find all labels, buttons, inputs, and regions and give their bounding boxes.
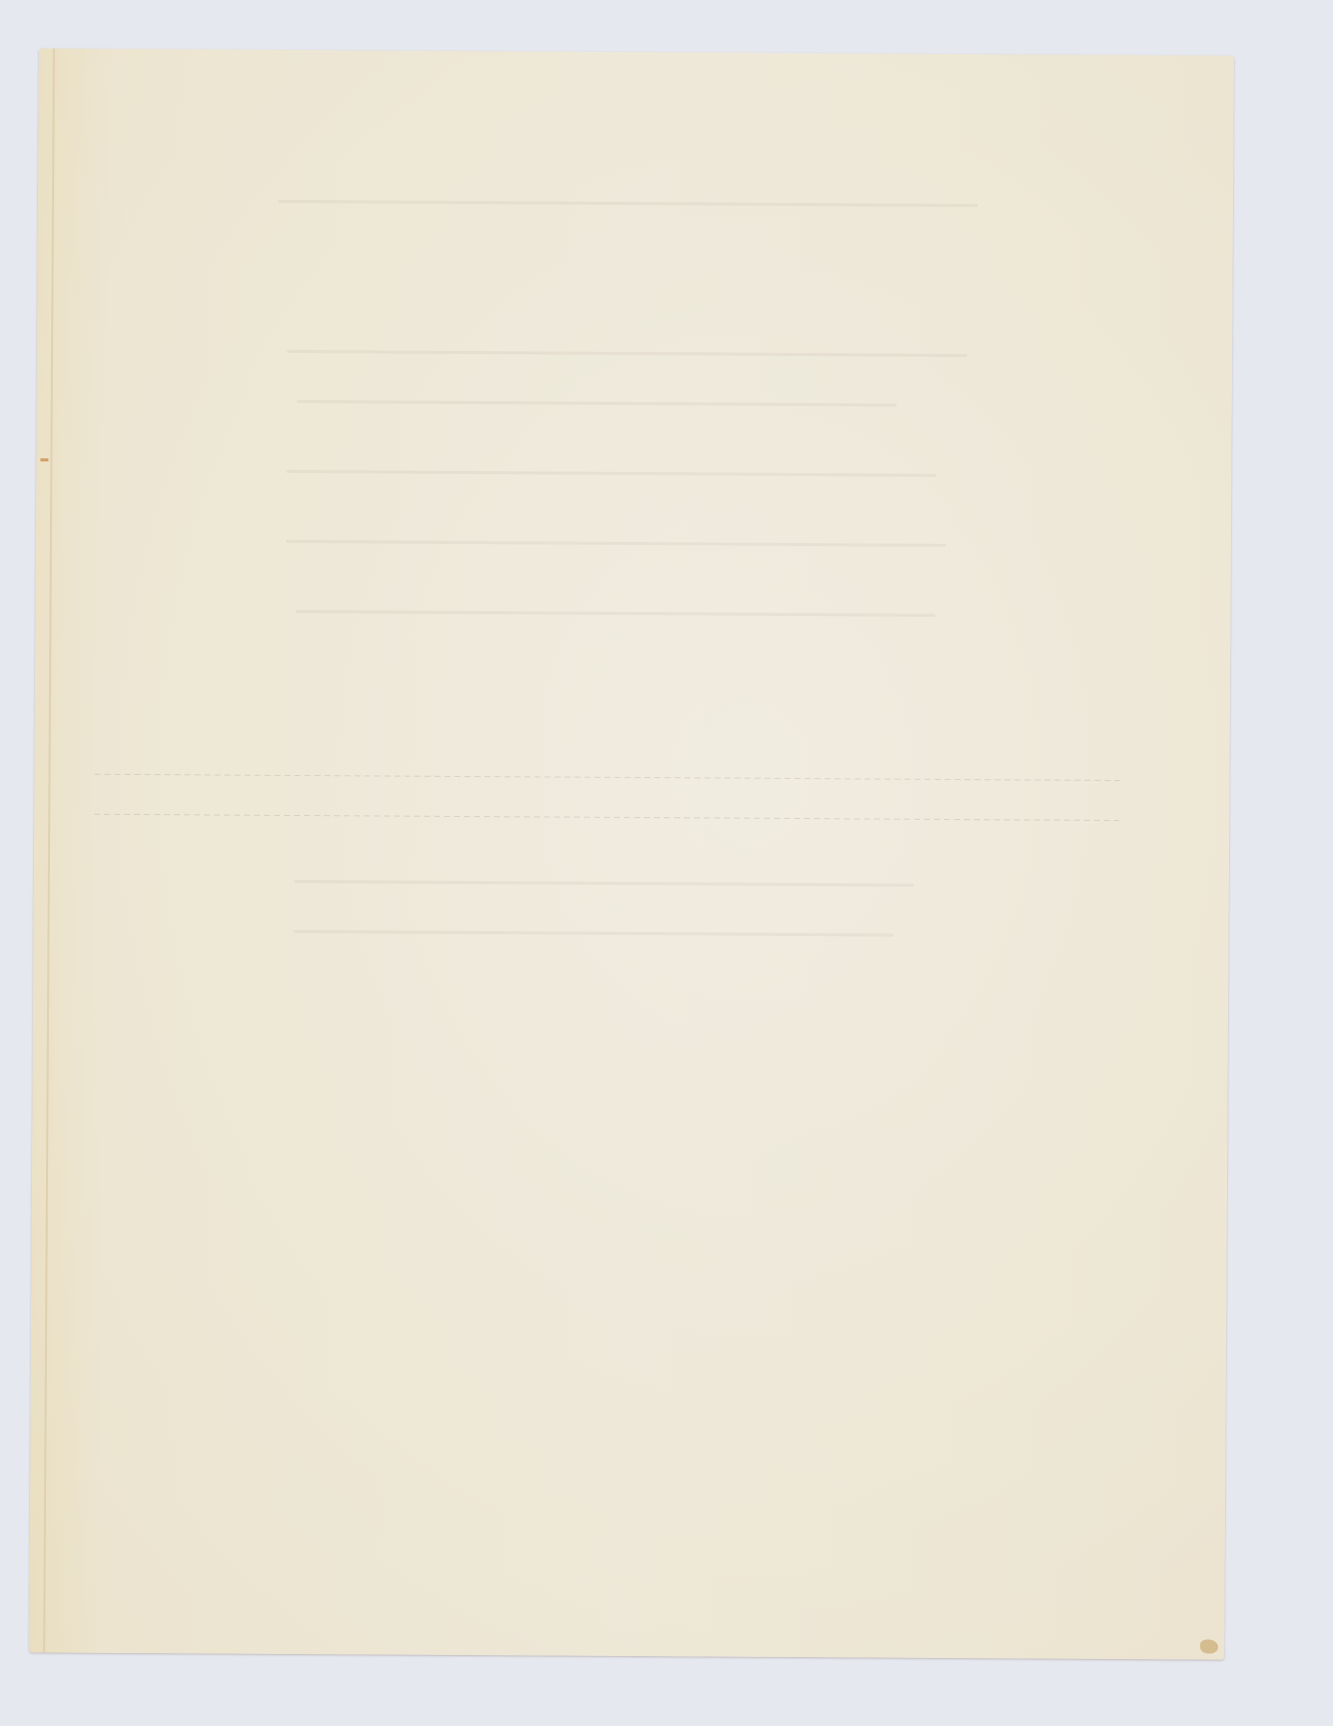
bleed-through-line: [294, 880, 914, 887]
bleed-through-line: [287, 350, 967, 357]
paper-sheet: [29, 48, 1234, 1659]
paper-spine-edge: [43, 48, 55, 1652]
bleed-through-line: [297, 400, 897, 407]
faint-rule: [94, 814, 1119, 821]
edge-mark: [40, 458, 48, 461]
faint-rule: [94, 774, 1119, 781]
bleed-through-line: [286, 470, 936, 477]
bleed-through-line: [294, 930, 894, 937]
bleed-through-line: [278, 200, 978, 207]
bleed-through-line: [295, 610, 935, 617]
bleed-through-line: [286, 540, 946, 547]
corner-stain: [1200, 1639, 1218, 1653]
